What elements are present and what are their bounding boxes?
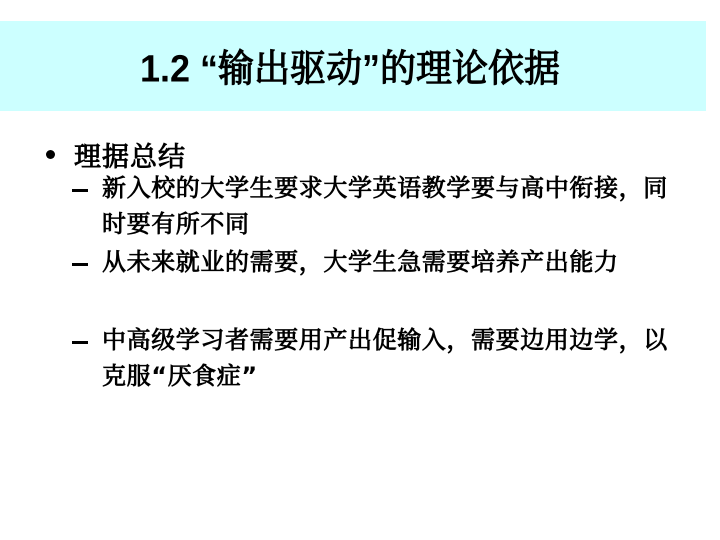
sub-bullet-text: 从未来就业的需要，大学生急需要培养产出能力 [102, 244, 672, 280]
slide-body: 理据总结 新入校的大学生要求大学英语教学要与高中衔接，同时要有所不同 从未来就业… [0, 0, 720, 540]
sub-bullet-item: 从未来就业的需要，大学生急需要培养产出能力 [72, 244, 672, 280]
bullet-label: 理据总结 [74, 135, 186, 174]
bullet-dot-icon [46, 150, 55, 159]
sub-bullet-text: 新入校的大学生要求大学英语教学要与高中衔接，同时要有所不同 [102, 170, 672, 242]
sub-bullet-item: 新入校的大学生要求大学英语教学要与高中衔接，同时要有所不同 [72, 170, 672, 242]
dash-icon [72, 263, 88, 266]
dash-icon [72, 189, 88, 192]
sub-bullet-text: 中高级学习者需要用产出促输入，需要边用边学，以克服“厌食症” [102, 322, 672, 394]
dash-icon [72, 341, 88, 344]
sub-bullet-item: 中高级学习者需要用产出促输入，需要边用边学，以克服“厌食症” [72, 322, 672, 394]
bullet-item: 理据总结 [42, 134, 186, 174]
